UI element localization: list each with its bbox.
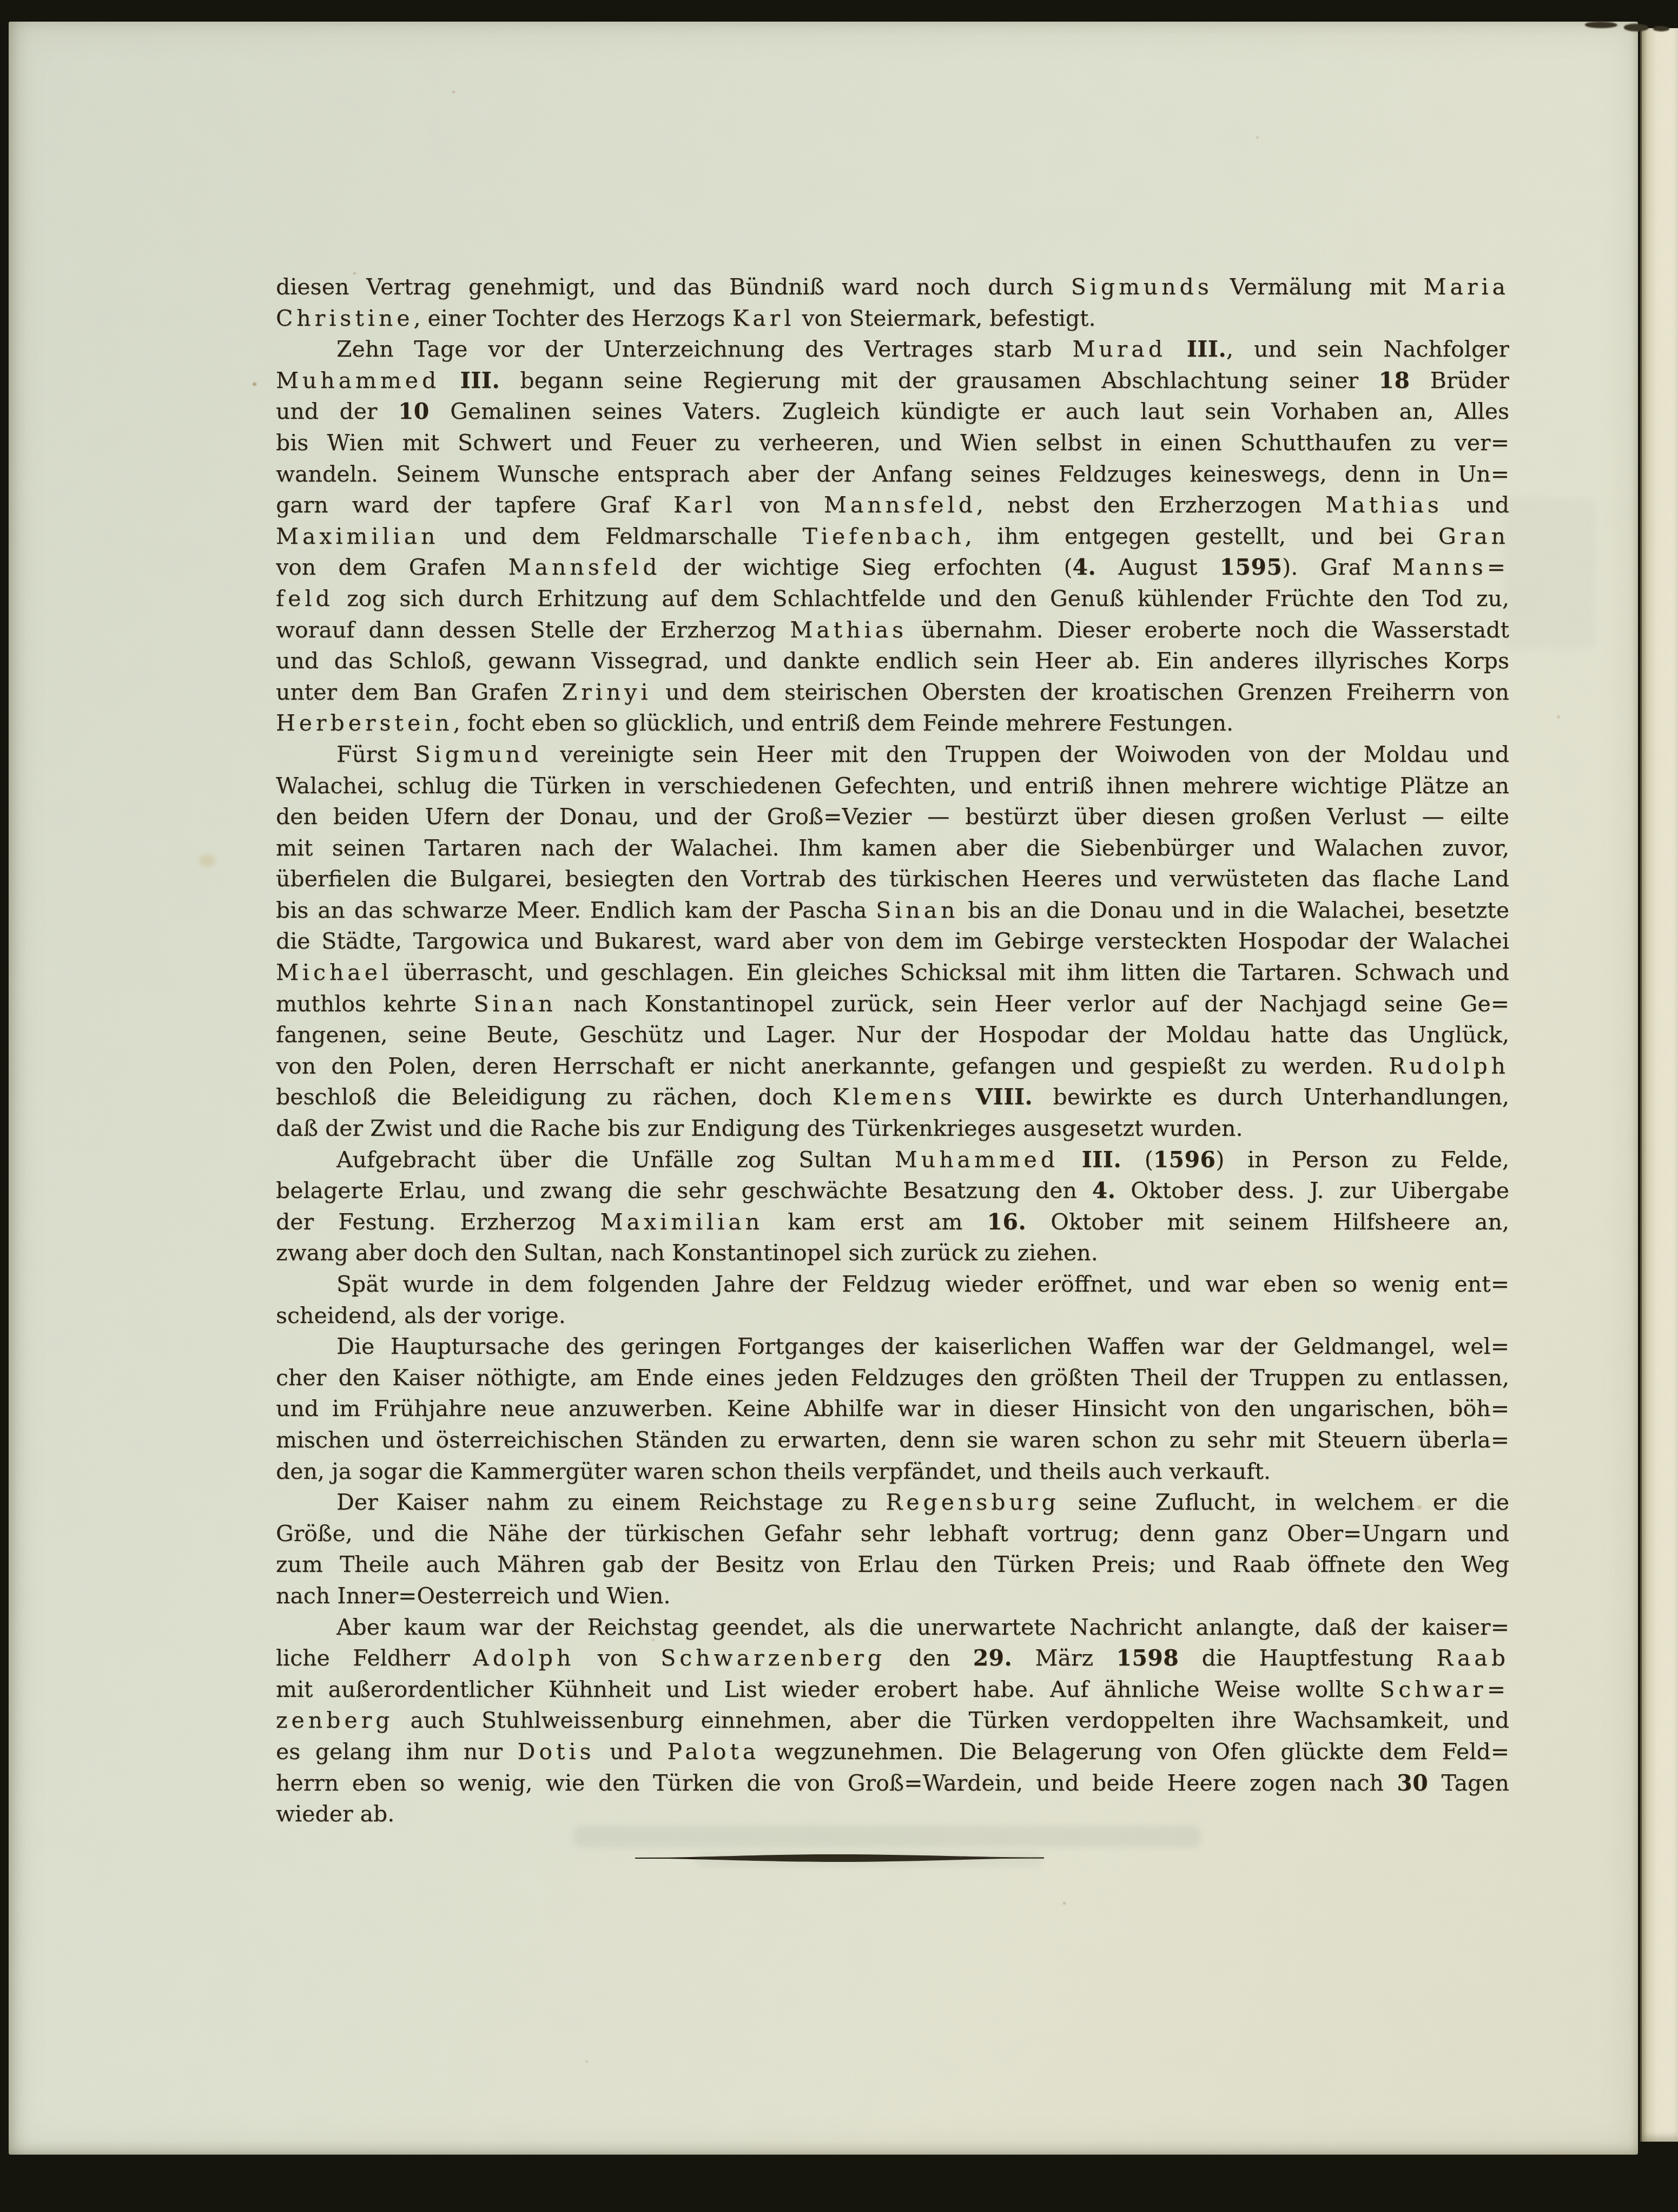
text-run: von Steiermark, befestigt.	[795, 305, 1095, 331]
text-run: (	[1121, 1147, 1153, 1173]
text-run: den	[886, 1645, 973, 1671]
numeral: 30	[1397, 1770, 1428, 1796]
numeral: 1598	[1116, 1645, 1179, 1671]
text-line: überfielen die Bulgarei, besiegten den V…	[276, 864, 1509, 895]
text-line: Aber kaum war der Reichstag geendet, als…	[276, 1612, 1509, 1643]
text-run: fangenen, seine Beute, Geschütz und Lage…	[276, 1022, 1509, 1048]
text-line: Zehn Tage vor der Unterzeichnung des Ver…	[276, 334, 1509, 365]
letterspaced-name: Rudolph	[1389, 1053, 1509, 1079]
text-run: herrn eben so wenig, wie den Türken die …	[276, 1770, 1397, 1796]
text-line: zenberg auch Stuhlweissenburg einnehmen,…	[276, 1705, 1509, 1736]
text-run: Fürst	[336, 741, 415, 767]
letterspaced-name: Gran	[1438, 523, 1509, 549]
text-run: auch Stuhlweissenburg einnehmen, aber di…	[393, 1707, 1509, 1733]
letterspaced-name: Sigmund	[415, 741, 542, 767]
text-run: liche Feldherr	[276, 1645, 473, 1671]
foxing-spot	[1417, 1505, 1422, 1509]
text-run	[1166, 336, 1187, 362]
text-line: Michael überrascht, und geschlagen. Ein …	[276, 957, 1509, 989]
paragraph: Die Hauptursache des geringen Fortganges…	[276, 1331, 1509, 1487]
text-run: zum Theile auch Mähren gab der Besitz vo…	[276, 1551, 1509, 1577]
text-run: übernahm. Dieser eroberte noch die Wasse…	[907, 617, 1509, 643]
text-run: zwang aber doch den Sultan, nach Konstan…	[276, 1240, 1098, 1266]
bleed-through-smudge	[696, 1853, 1042, 1867]
letterspaced-name: Sinan	[876, 897, 959, 923]
text-line: beschloß die Beleidigung zu rächen, doch…	[276, 1082, 1509, 1113]
text-run: und	[1443, 492, 1509, 518]
letterspaced-name: Schwar=	[1379, 1676, 1509, 1702]
letterspaced-name: Mathias	[790, 617, 907, 643]
paragraph: Zehn Tage vor der Unterzeichnung des Ver…	[276, 334, 1509, 739]
text-run: mit außerordentlicher Kühnheit und List …	[276, 1676, 1379, 1702]
text-line: garn ward der tapfere Graf Karl von Mann…	[276, 490, 1509, 521]
letterspaced-name: Regensburg	[886, 1489, 1059, 1515]
text-run: überrascht, und geschlagen. Ein gleiches…	[392, 959, 1509, 985]
bleed-through-smudge	[573, 1826, 1201, 1847]
text-line: Größe, und die Nähe der türkischen Gefah…	[276, 1518, 1509, 1550]
text-run: kam erst am	[763, 1209, 987, 1235]
text-line: liche Feldherr Adolph von Schwarzenberg …	[276, 1643, 1509, 1674]
text-line: nach Inner=Oesterreich und Wien.	[276, 1581, 1509, 1612]
text-run: Tagen	[1428, 1770, 1509, 1796]
numeral: III.	[460, 367, 500, 393]
text-line: zwang aber doch den Sultan, nach Konstan…	[276, 1237, 1509, 1269]
binding-debris	[1653, 26, 1669, 31]
text-run: scheidend, als der vorige.	[276, 1302, 566, 1328]
text-line: die Städte, Targowica und Bukarest, ward…	[276, 926, 1509, 957]
foxing-spot	[652, 1638, 655, 1641]
text-line: feld zog sich durch Erhitzung auf dem Sc…	[276, 583, 1509, 615]
text-run	[440, 367, 460, 393]
text-run: diesen Vertrag genehmigt, und das Bündni…	[276, 274, 1071, 300]
text-line: den, ja sogar die Kammergüter waren scho…	[276, 1456, 1509, 1487]
text-run: bis an das schwarze Meer. Endlich kam de…	[276, 897, 876, 923]
text-run: von	[736, 492, 824, 518]
text-run: Oktober mit seinem Hilfsheere an,	[1026, 1209, 1509, 1235]
binding-debris	[1585, 22, 1617, 28]
text-line: Herberstein, focht eben so glücklich, un…	[276, 708, 1509, 739]
letterspaced-name: Maria	[1424, 274, 1509, 300]
letterspaced-name: feld	[276, 585, 334, 611]
text-run: Zehn Tage vor der Unterzeichnung des Ver…	[336, 336, 1072, 362]
text-run: Walachei, schlug die Türken in verschied…	[276, 773, 1509, 799]
text-run: bis an die Donau und in die Walachei, be…	[959, 897, 1509, 923]
foxing-spot	[199, 855, 215, 867]
text-run: der Festung. Erzherzog	[276, 1209, 600, 1235]
text-run: beschloß die Beleidigung zu rächen, doch	[276, 1084, 833, 1110]
letterspaced-name: Mannsfeld	[508, 554, 661, 580]
letterspaced-name: Karl	[673, 492, 736, 518]
text-line: und im Frühjahre neue anzuwerben. Keine …	[276, 1393, 1509, 1425]
numeral: VIII.	[975, 1084, 1033, 1110]
text-run: den beiden Ufern der Donau, und der Groß…	[276, 804, 1509, 830]
text-run	[955, 1084, 975, 1110]
text-line: Aufgebracht über die Unfälle zog Sultan …	[276, 1144, 1509, 1176]
text-run: bis Wien mit Schwert und Feuer zu verhee…	[276, 430, 1509, 456]
text-run: zog sich durch Erhitzung auf dem Schlach…	[334, 585, 1509, 611]
text-line: Maximilian und dem Feldmarschalle Tiefen…	[276, 521, 1509, 552]
text-line: fangenen, seine Beute, Geschütz und Lage…	[276, 1019, 1509, 1051]
text-run: bewirkte es durch Unterhandlungen,	[1033, 1084, 1509, 1110]
text-run: Spät wurde in dem folgenden Jahre der Fe…	[336, 1271, 1509, 1297]
text-run: wegzunehmen. Die Belagerung von Ofen glü…	[759, 1739, 1509, 1765]
text-run: den, ja sogar die Kammergüter waren scho…	[276, 1458, 1271, 1484]
numeral: III.	[1187, 336, 1226, 362]
foxing-spot	[353, 272, 356, 274]
text-line: belagerte Erlau, und zwang die sehr gesc…	[276, 1175, 1509, 1207]
text-run: überfielen die Bulgarei, besiegten den V…	[276, 866, 1509, 892]
text-run: seine Zuflucht, in welchem er die	[1060, 1489, 1509, 1515]
text-run: nach Konstantinopel zurück, sein Heer ve…	[557, 991, 1509, 1017]
letterspaced-name: Palota	[668, 1739, 760, 1765]
text-line: Muhammed III. begann seine Regierung mit…	[276, 365, 1509, 397]
text-line: Der Kaiser nahm zu einem Reichstage zu R…	[276, 1487, 1509, 1518]
text-run: Brüder	[1410, 367, 1509, 393]
text-run: Aber kaum war der Reichstag geendet, als…	[336, 1614, 1509, 1640]
text-line: mischen und österreichischen Ständen zu …	[276, 1425, 1509, 1456]
letterspaced-name: Mathias	[1325, 492, 1443, 518]
foxing-spot	[1557, 715, 1560, 719]
numeral: 10	[398, 398, 430, 424]
text-line: Die Hauptursache des geringen Fortganges…	[276, 1331, 1509, 1362]
foxing-spot	[452, 91, 455, 93]
text-line: von dem Grafen Mannsfeld der wichtige Si…	[276, 552, 1509, 583]
text-run: , ihm entgegen gestellt, und bei	[965, 523, 1438, 549]
text-line: bis an das schwarze Meer. Endlich kam de…	[276, 895, 1509, 926]
letterspaced-name: Christine	[276, 305, 414, 331]
text-run: belagerte Erlau, und zwang die sehr gesc…	[276, 1177, 1092, 1203]
text-line: den beiden Ufern der Donau, und der Groß…	[276, 801, 1509, 833]
text-run: , einer Tochter des Herzogs	[414, 305, 732, 331]
scan-background: diesen Vertrag genehmigt, und das Bündni…	[0, 0, 1678, 2212]
text-line: scheidend, als der vorige.	[276, 1300, 1509, 1332]
text-run: , focht eben so glücklich, und entriß de…	[453, 710, 1233, 736]
numeral: 16.	[987, 1209, 1027, 1235]
letterspaced-name: Sigmunds	[1071, 274, 1213, 300]
text-line: muthlos kehrte Sinan nach Konstantinopel…	[276, 989, 1509, 1020]
paragraph: Der Kaiser nahm zu einem Reichstage zu R…	[276, 1487, 1509, 1611]
text-line: der Festung. Erzherzog Maximilian kam er…	[276, 1207, 1509, 1238]
text-run: cher den Kaiser nöthigte, am Ende eines …	[276, 1365, 1509, 1391]
text-run: ). Graf	[1282, 554, 1392, 580]
text-run: Gemalinen seines Vaters. Zugleich kündig…	[430, 398, 1509, 424]
letterspaced-name: Murad	[1072, 336, 1166, 362]
text-run: ) in Person zu Felde,	[1215, 1147, 1509, 1173]
numeral: 29.	[973, 1645, 1013, 1671]
text-line: unter dem Ban Grafen Zrinyi und dem stei…	[276, 677, 1509, 708]
text-line: diesen Vertrag genehmigt, und das Bündni…	[276, 272, 1509, 303]
paragraph: diesen Vertrag genehmigt, und das Bündni…	[276, 272, 1509, 334]
text-run: Der Kaiser nahm zu einem Reichstage zu	[336, 1489, 886, 1515]
paragraph: Fürst Sigmund vereinigte sein Heer mit d…	[276, 739, 1509, 1144]
numeral: 4.	[1073, 554, 1096, 580]
text-run: begann seine Regierung mit der grausamen…	[500, 367, 1378, 393]
text-line: Spät wurde in dem folgenden Jahre der Fe…	[276, 1269, 1509, 1300]
text-run: daß der Zwist und die Rache bis zur Endi…	[276, 1115, 1243, 1141]
text-run: Oktober dess. J. zur Uibergabe	[1115, 1177, 1509, 1203]
text-line: von den Polen, deren Herrschaft er nicht…	[276, 1051, 1509, 1082]
text-run: Die Hauptursache des geringen Fortganges…	[336, 1333, 1509, 1359]
letterspaced-name: Schwarzenberg	[660, 1645, 886, 1671]
letterspaced-name: Karl	[732, 305, 795, 331]
text-line: es gelang ihm nur Dotis und Palota wegzu…	[276, 1736, 1509, 1768]
text-run: die Hauptfestung	[1179, 1645, 1436, 1671]
text-run: und das Schloß, gewann Vissegrad, und da…	[276, 648, 1509, 674]
text-run: wieder ab.	[276, 1801, 394, 1827]
text-run: worauf dann dessen Stelle der Erzherzog	[276, 617, 790, 643]
letterspaced-name: Herberstein	[276, 710, 453, 736]
text-run: nach Inner=Oesterreich und Wien.	[276, 1583, 670, 1609]
text-line: und der 10 Gemalinen seines Vaters. Zugl…	[276, 396, 1509, 427]
text-run: wandeln. Seinem Wunsche entsprach aber d…	[276, 461, 1509, 487]
letterspaced-name: zenberg	[276, 1707, 393, 1733]
letterspaced-name: Raab	[1436, 1645, 1509, 1671]
text-run: und dem Feldmarschalle	[439, 523, 802, 549]
numeral: III.	[1082, 1147, 1121, 1173]
numeral: 1596	[1153, 1147, 1216, 1173]
text-run: Vermälung mit	[1213, 274, 1424, 300]
numeral: 18	[1379, 367, 1410, 393]
page-text-block: diesen Vertrag genehmigt, und das Bündni…	[276, 272, 1509, 1830]
numeral: 4.	[1092, 1177, 1116, 1203]
text-run: von	[574, 1645, 660, 1671]
bleed-through-smudge	[1504, 498, 1596, 649]
text-line: worauf dann dessen Stelle der Erzherzog …	[276, 615, 1509, 646]
letterspaced-name: Klemens	[833, 1084, 955, 1110]
text-run: von dem Grafen	[276, 554, 508, 580]
text-run	[1059, 1147, 1082, 1173]
text-run: Aufgebracht über die Unfälle zog Sultan	[336, 1147, 895, 1173]
text-run: und der	[276, 398, 398, 424]
text-run: muthlos kehrte	[276, 991, 473, 1017]
letterspaced-name: Manns=	[1392, 554, 1509, 580]
text-run: August	[1096, 554, 1219, 580]
text-line: zum Theile auch Mähren gab der Besitz vo…	[276, 1549, 1509, 1581]
text-run: unter dem Ban Grafen	[276, 679, 562, 705]
text-line: und das Schloß, gewann Vissegrad, und da…	[276, 646, 1509, 677]
letterspaced-name: Muhammed	[895, 1147, 1059, 1173]
text-run: mit seinen Tartaren nach der Walachei. I…	[276, 835, 1509, 861]
text-line: Walachei, schlug die Türken in verschied…	[276, 771, 1509, 802]
paragraph: Spät wurde in dem folgenden Jahre der Fe…	[276, 1269, 1509, 1331]
foxing-spot	[1063, 1902, 1066, 1905]
text-run: und im Frühjahre neue anzuwerben. Keine …	[276, 1395, 1509, 1421]
letterspaced-name: Sinan	[473, 991, 556, 1017]
paragraph: Aber kaum war der Reichstag geendet, als…	[276, 1612, 1509, 1830]
text-run: und	[595, 1739, 668, 1765]
text-line: Fürst Sigmund vereinigte sein Heer mit d…	[276, 739, 1509, 771]
text-line: mit seinen Tartaren nach der Walachei. I…	[276, 833, 1509, 864]
text-line: daß der Zwist und die Rache bis zur Endi…	[276, 1113, 1509, 1144]
text-line: cher den Kaiser nöthigte, am Ende eines …	[276, 1362, 1509, 1394]
text-run: es gelang ihm nur	[276, 1739, 518, 1765]
text-run: von den Polen, deren Herrschaft er nicht…	[276, 1053, 1389, 1079]
letterspaced-name: Maximilian	[276, 523, 439, 549]
text-run: Größe, und die Nähe der türkischen Gefah…	[276, 1520, 1509, 1546]
text-line: Christine, einer Tochter des Herzogs Kar…	[276, 303, 1509, 334]
text-line: herrn eben so wenig, wie den Türken die …	[276, 1768, 1509, 1799]
text-line: bis Wien mit Schwert und Feuer zu verhee…	[276, 427, 1509, 459]
text-run: , nebst den Erzherzogen	[976, 492, 1325, 518]
foxing-spot	[585, 2060, 588, 2063]
text-run: garn ward der tapfere Graf	[276, 492, 673, 518]
letterspaced-name: Adolph	[473, 1645, 574, 1671]
letterspaced-name: Zrinyi	[562, 679, 652, 705]
book-page: diesen Vertrag genehmigt, und das Bündni…	[9, 22, 1638, 2155]
foxing-spot	[1256, 136, 1259, 139]
letterspaced-name: Muhammed	[276, 367, 440, 393]
text-line: mit außerordentlicher Kühnheit und List …	[276, 1674, 1509, 1706]
text-run: und dem steirischen Obersten der kroatis…	[651, 679, 1509, 705]
text-line: wandeln. Seinem Wunsche entsprach aber d…	[276, 459, 1509, 490]
text-run: , und sein Nachfolger	[1226, 336, 1509, 362]
letterspaced-name: Maximilian	[600, 1209, 763, 1235]
numeral: 1595	[1220, 554, 1283, 580]
text-run: vereinigte sein Heer mit den Truppen der…	[542, 741, 1509, 767]
binding-debris	[1624, 24, 1649, 31]
letterspaced-name: Michael	[276, 959, 392, 985]
letterspaced-name: Mannsfeld	[824, 492, 976, 518]
text-run: der wichtige Sieg erfochten (	[660, 554, 1072, 580]
letterspaced-name: Tiefenbach	[803, 523, 965, 549]
text-run: März	[1012, 1645, 1116, 1671]
text-run: die Städte, Targowica und Bukarest, ward…	[276, 928, 1509, 954]
letterspaced-name: Dotis	[518, 1739, 595, 1765]
adjacent-page-edge	[1640, 28, 1678, 2142]
text-run: mischen und österreichischen Ständen zu …	[276, 1427, 1509, 1453]
foxing-spot	[253, 383, 256, 386]
paragraph: Aufgebracht über die Unfälle zog Sultan …	[276, 1144, 1509, 1269]
